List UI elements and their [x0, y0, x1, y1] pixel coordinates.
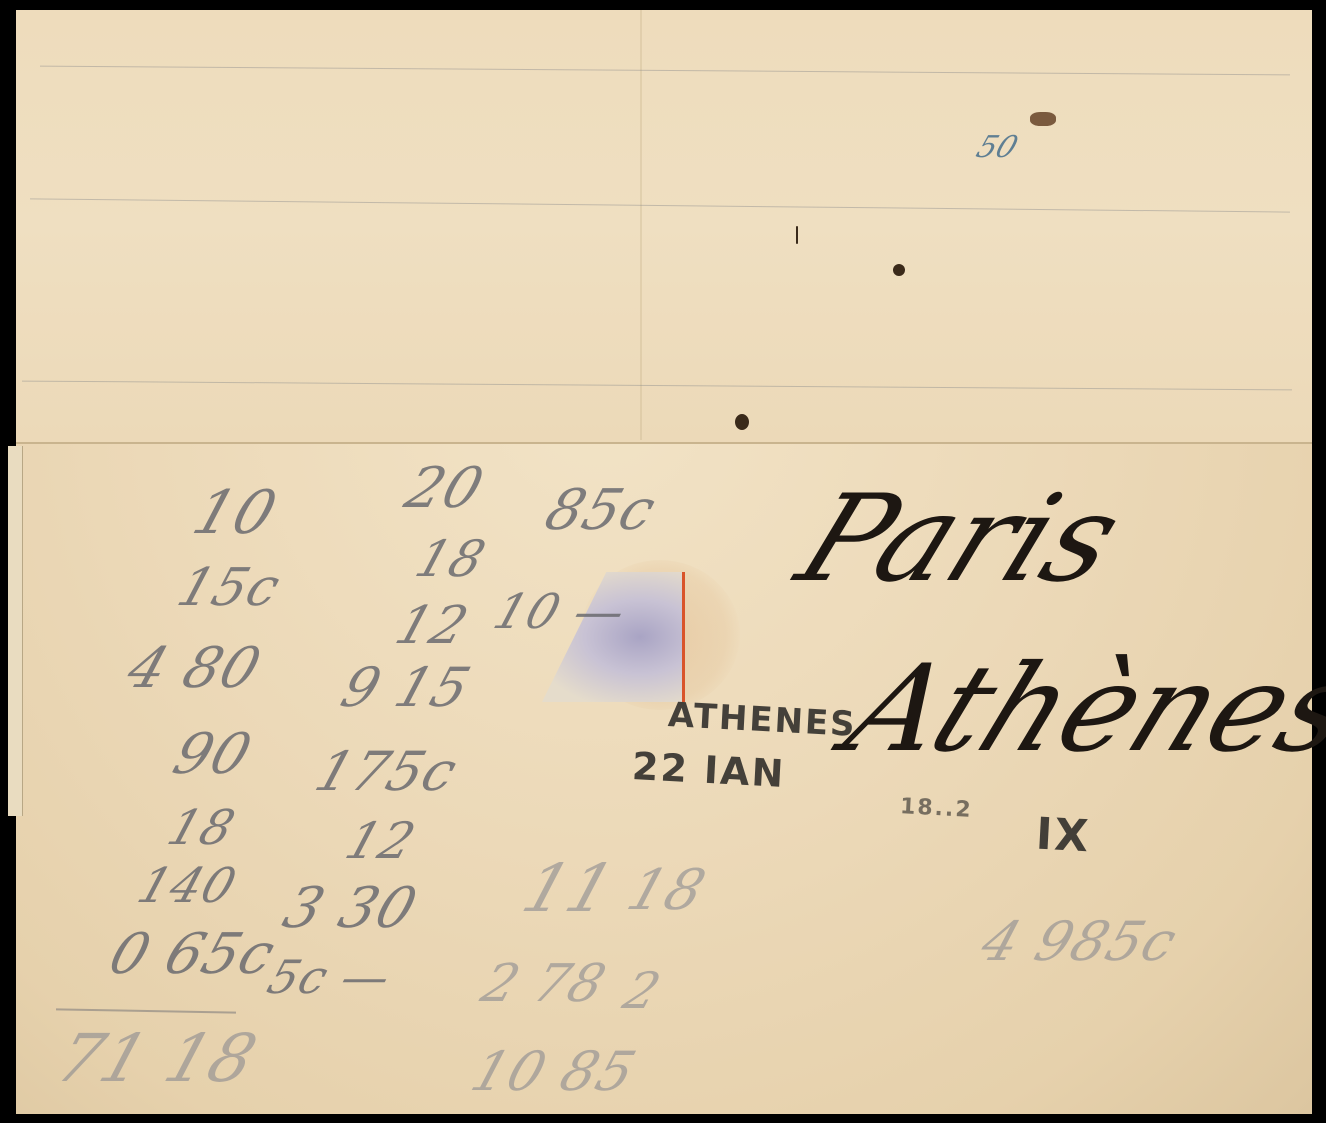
pencil-figure: 10 85 — [464, 1040, 644, 1103]
vertical-fold — [640, 10, 642, 440]
ink-spot — [893, 264, 905, 276]
pencil-figure: 9 15 — [334, 656, 479, 719]
pencil-figure: 85c — [537, 478, 664, 543]
postmark-year: 18..2 — [899, 794, 973, 823]
pencil-note-right: 4 985c — [974, 910, 1185, 973]
ink-spot — [735, 414, 749, 430]
pencil-figure: 10 — — [487, 584, 634, 640]
top-flap — [16, 10, 1312, 444]
pencil-total: 71 18 — [47, 1020, 266, 1097]
left-flap-edge — [8, 446, 23, 816]
pencil-figure: 140 — [131, 858, 244, 914]
ink-spot — [1030, 112, 1056, 126]
pencil-figure: 2 78 — [474, 954, 613, 1014]
pencil-figure: 175c — [308, 740, 466, 803]
pencil-figure: 4 80 — [119, 636, 269, 701]
address-city: Paris — [780, 470, 1140, 609]
pencil-figure: 0 65c — [101, 922, 283, 987]
pencil-figure: 3 30 — [275, 876, 425, 941]
pencil-figure: 15c — [170, 558, 288, 618]
postmark-roman: IX — [1035, 809, 1092, 863]
address-destination: Athènes — [828, 640, 1326, 779]
postmark-date: 22 IAN — [631, 744, 787, 796]
pencil-figure: 5c — — [261, 950, 398, 1004]
ink-spot — [796, 226, 798, 244]
